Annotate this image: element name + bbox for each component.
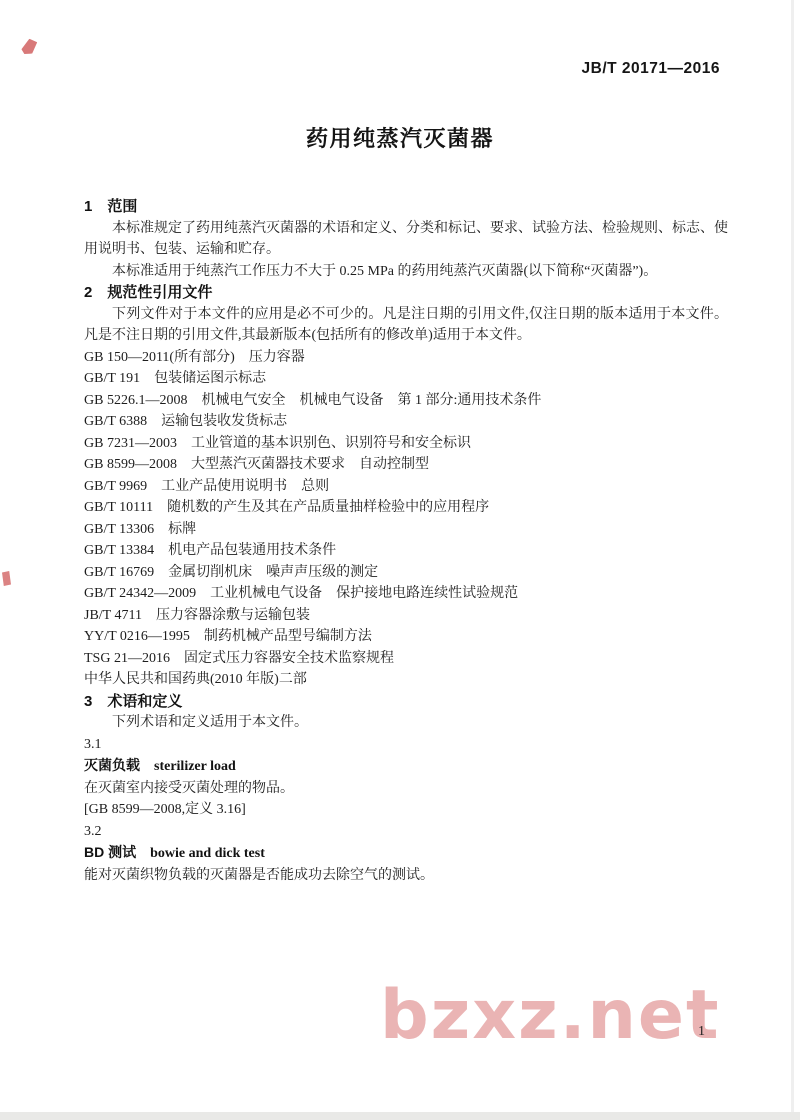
standard-number: JB/T 20171—2016	[582, 60, 720, 78]
reference-item: GB/T 13384 机电产品包装通用技术条件	[84, 540, 728, 562]
term-definition-3-1: 在灭菌室内接受灭菌处理的物品。	[84, 778, 728, 800]
reference-item: TSG 21—2016 固定式压力容器安全技术监察规程	[84, 648, 728, 670]
section-1-heading: 1 范围	[84, 196, 728, 218]
document-body: 1 范围 本标准规定了药用纯蒸汽灭菌器的术语和定义、分类和标记、要求、试验方法、…	[84, 196, 728, 886]
red-stamp-mark-icon	[19, 37, 39, 56]
term-cn: 灭菌负载	[84, 757, 140, 773]
document-title: 药用纯蒸汽灭菌器	[0, 122, 800, 153]
reference-item: GB/T 9969 工业产品使用说明书 总则	[84, 476, 728, 498]
reference-item: YY/T 0216—1995 制药机械产品型号编制方法	[84, 626, 728, 648]
bzxz-watermark: bzxz.net	[380, 982, 721, 1050]
section-3-heading: 3 术语和定义	[84, 691, 728, 713]
term-title-3-2: BD 测试bowie and dick test	[84, 842, 728, 865]
reference-item: GB/T 191 包装储运图示标志	[84, 368, 728, 390]
term-number-3-1: 3.1	[84, 734, 728, 756]
reference-item: GB/T 13306 标牌	[84, 519, 728, 541]
section-1-paragraph-1: 本标准规定了药用纯蒸汽灭菌器的术语和定义、分类和标记、要求、试验方法、检验规则、…	[84, 218, 728, 261]
reference-list: GB 150—2011(所有部分) 压力容器 GB/T 191 包装储运图示标志…	[84, 347, 728, 691]
reference-item: GB/T 24342—2009 工业机械电气设备 保护接地电路连续性试验规范	[84, 583, 728, 605]
section-3-intro: 下列术语和定义适用于本文件。	[84, 712, 728, 734]
section-1-paragraph-2: 本标准适用于纯蒸汽工作压力不大于 0.25 MPa 的药用纯蒸汽灭菌器(以下简称…	[84, 261, 728, 283]
term-en: bowie and dick test	[150, 846, 265, 861]
reference-item: GB 150—2011(所有部分) 压力容器	[84, 347, 728, 369]
section-2-intro: 下列文件对于本文件的应用是必不可少的。凡是注日期的引用文件,仅注日期的版本适用于…	[84, 304, 728, 347]
reference-item: 中华人民共和国药典(2010 年版)二部	[84, 669, 728, 691]
page-number: 1	[698, 1024, 705, 1040]
term-cn: BD 测试	[84, 844, 136, 860]
page-scan-edge	[791, 0, 794, 1112]
reference-item: JB/T 4711 压力容器涂敷与运输包装	[84, 605, 728, 627]
reference-item: GB 8599—2008 大型蒸汽灭菌器技术要求 自动控制型	[84, 454, 728, 476]
reference-item: GB/T 10111 随机数的产生及其在产品质量抽样检验中的应用程序	[84, 497, 728, 519]
red-stamp-mark-icon	[2, 571, 11, 586]
term-en: sterilizer load	[154, 759, 236, 774]
term-definition-3-2: 能对灭菌织物负载的灭菌器是否能成功去除空气的测试。	[84, 865, 728, 887]
reference-item: GB/T 6388 运输包装收发货标志	[84, 411, 728, 433]
page-bottom-edge	[0, 1112, 800, 1120]
reference-item: GB 5226.1—2008 机械电气安全 机械电气设备 第 1 部分:通用技术…	[84, 390, 728, 412]
reference-item: GB 7231—2003 工业管道的基本识别色、识别符号和安全标识	[84, 433, 728, 455]
document-page: JB/T 20171—2016 药用纯蒸汽灭菌器 1 范围 本标准规定了药用纯蒸…	[0, 0, 800, 1120]
term-title-3-1: 灭菌负载sterilizer load	[84, 755, 728, 778]
term-number-3-2: 3.2	[84, 821, 728, 843]
section-2-heading: 2 规范性引用文件	[84, 282, 728, 304]
reference-item: GB/T 16769 金属切削机床 噪声声压级的测定	[84, 562, 728, 584]
term-source-3-1: [GB 8599—2008,定义 3.16]	[84, 799, 728, 821]
